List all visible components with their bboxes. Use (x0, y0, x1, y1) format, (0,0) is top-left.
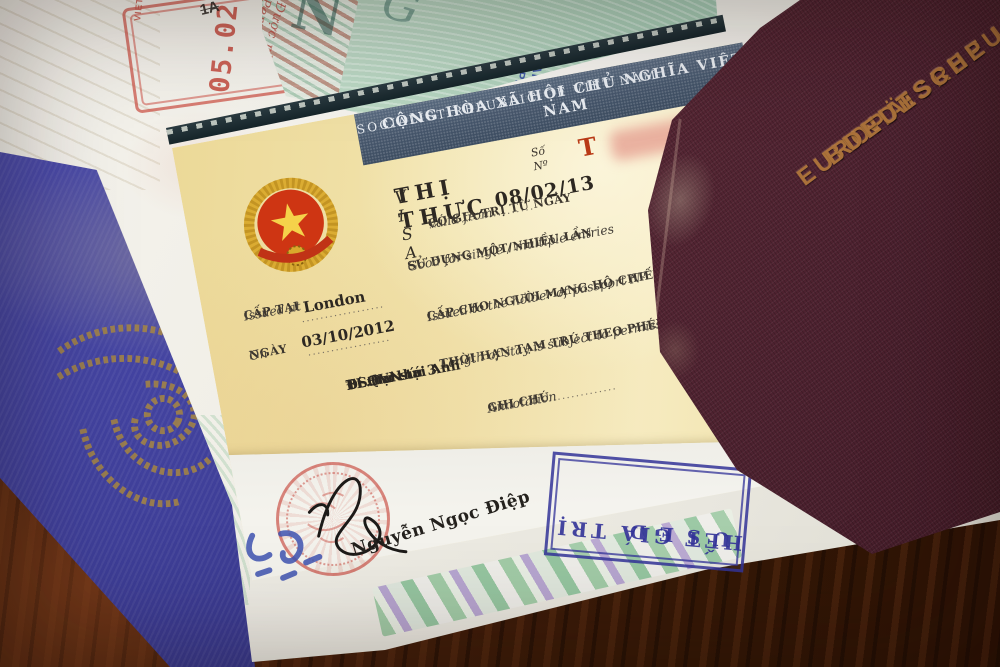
blue-ink-mark (238, 528, 326, 600)
passport-documents-photo: VIETNAM-IM 05.02 ✈ 1A Được phép Permitte… (0, 0, 1000, 667)
used-stamp: HẾT GIÁ TRỊ USED (544, 451, 752, 572)
vietnam-emblem-icon (225, 160, 359, 297)
watermark-letter: G (376, 0, 426, 36)
cover-line-country: DEUTSCHL (834, 26, 999, 164)
